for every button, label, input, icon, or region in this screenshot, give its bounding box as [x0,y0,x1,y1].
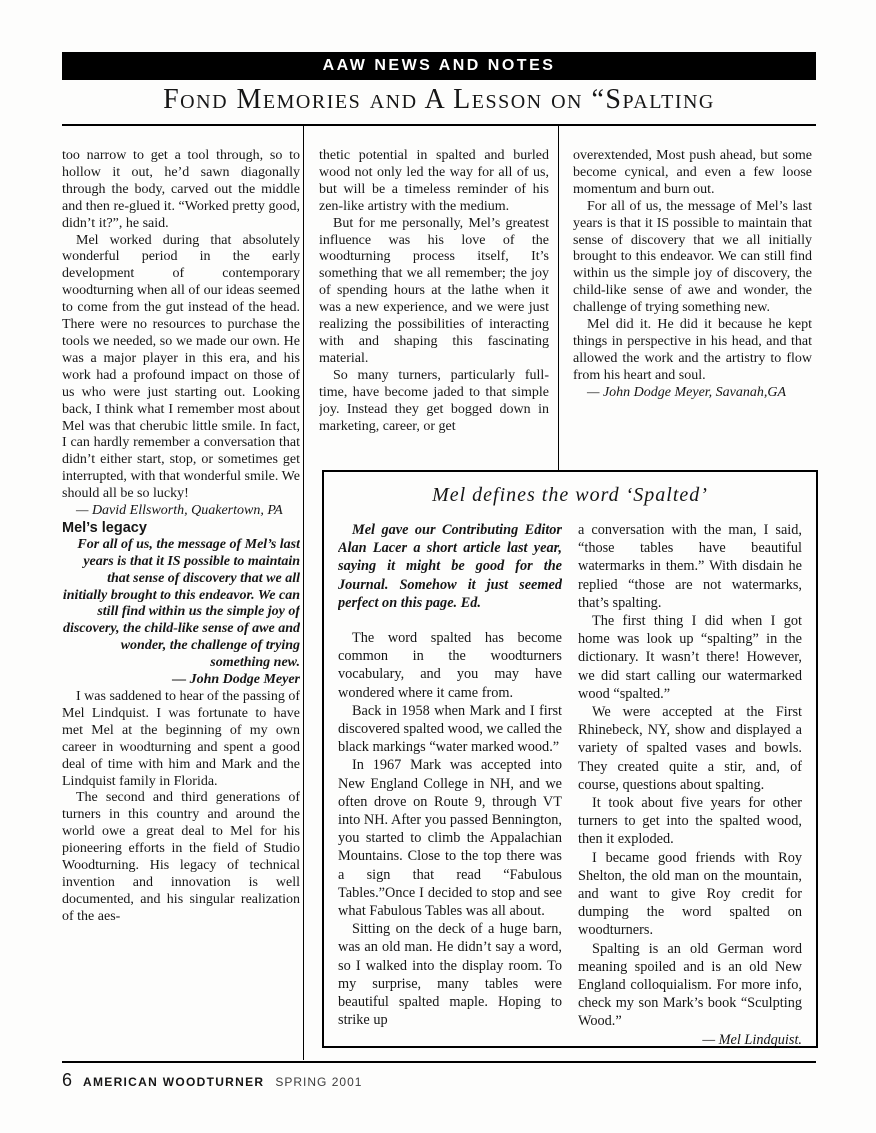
article-column-3: overextended, Most push ahead, but some … [573,148,812,468]
sidebar-paragraph: The first thing I did when I got home wa… [578,612,802,703]
issue-label: SPRING 2001 [275,1075,362,1089]
subsection-heading: Mel’s legacy [62,520,300,537]
sidebar-box-spalted: Mel defines the word ‘Spalted’ Mel gave … [322,470,818,1048]
pull-quote: For all of us, the message of Mel’s last… [62,537,300,672]
column-divider-1 [303,126,304,1060]
column-divider-2 [558,126,559,470]
sidebar-column-left: Mel gave our Contributing Editor Alan La… [338,521,562,1048]
article-paragraph: For all of us, the message of Mel’s last… [573,199,812,317]
sidebar-paragraph: Spalting is an old German word meaning s… [578,940,802,1031]
article-paragraph: So many turners, particularly full-time,… [319,368,549,436]
author-signature: — David Ellsworth, Quakertown, PA [62,503,300,520]
article-paragraph: The second and third generations of turn… [62,790,300,925]
sidebar-paragraph: We were accepted at the First Rhinebeck,… [578,703,802,794]
sidebar-paragraph: I became good friends with Roy Shelton, … [578,849,802,940]
article-title: Fond Memories and A Lesson on “Spalting [62,84,816,116]
header-rule [62,124,816,126]
sidebar-paragraph: The word spalted has become common in th… [338,629,562,702]
page-footer: 6 AMERICAN WOODTURNER SPRING 2001 [62,1070,816,1091]
sidebar-paragraph: Back in 1958 when Mark and I first disco… [338,702,562,757]
pull-quote-signature: — John Dodge Meyer [62,672,300,689]
article-paragraph: I was saddened to hear of the passing of… [62,689,300,790]
sidebar-column-right: a conversation with the man, I said, “th… [578,521,802,1048]
magazine-page: AAW NEWS AND NOTES Fond Memories and A L… [0,0,876,1133]
article-column-1: too narrow to get a tool through, so to … [62,148,300,1053]
article-paragraph: Mel did it. He did it because he kept th… [573,317,812,385]
page-number: 6 [62,1070,72,1091]
article-paragraph: thetic potential in spalted and burled w… [319,148,549,216]
sidebar-columns: Mel gave our Contributing Editor Alan La… [338,521,802,1048]
author-signature: — John Dodge Meyer, Savanah,GA [573,385,812,402]
author-signature: — Mel Lindquist. [578,1031,802,1048]
footer-rule [62,1061,816,1063]
article-paragraph: But for me personally, Mel’s greatest in… [319,216,549,368]
sidebar-title: Mel defines the word ‘Spalted’ [338,484,802,507]
sidebar-paragraph: It took about five years for other turne… [578,794,802,849]
article-column-2: thetic potential in spalted and burled w… [319,148,549,464]
sidebar-paragraph: a conversation with the man, I said, “th… [578,521,802,612]
article-paragraph: Mel worked during that absolutely wonder… [62,233,300,504]
article-paragraph: overextended, Most push ahead, but some … [573,148,812,199]
section-banner: AAW NEWS AND NOTES [62,52,816,80]
journal-name: AMERICAN WOODTURNER [83,1075,264,1089]
sidebar-paragraph: In 1967 Mark was accepted into New Engla… [338,756,562,920]
editor-note: Mel gave our Contributing Editor Alan La… [338,521,562,612]
sidebar-paragraph: Sitting on the deck of a huge barn, was … [338,920,562,1029]
article-paragraph: too narrow to get a tool through, so to … [62,148,300,233]
